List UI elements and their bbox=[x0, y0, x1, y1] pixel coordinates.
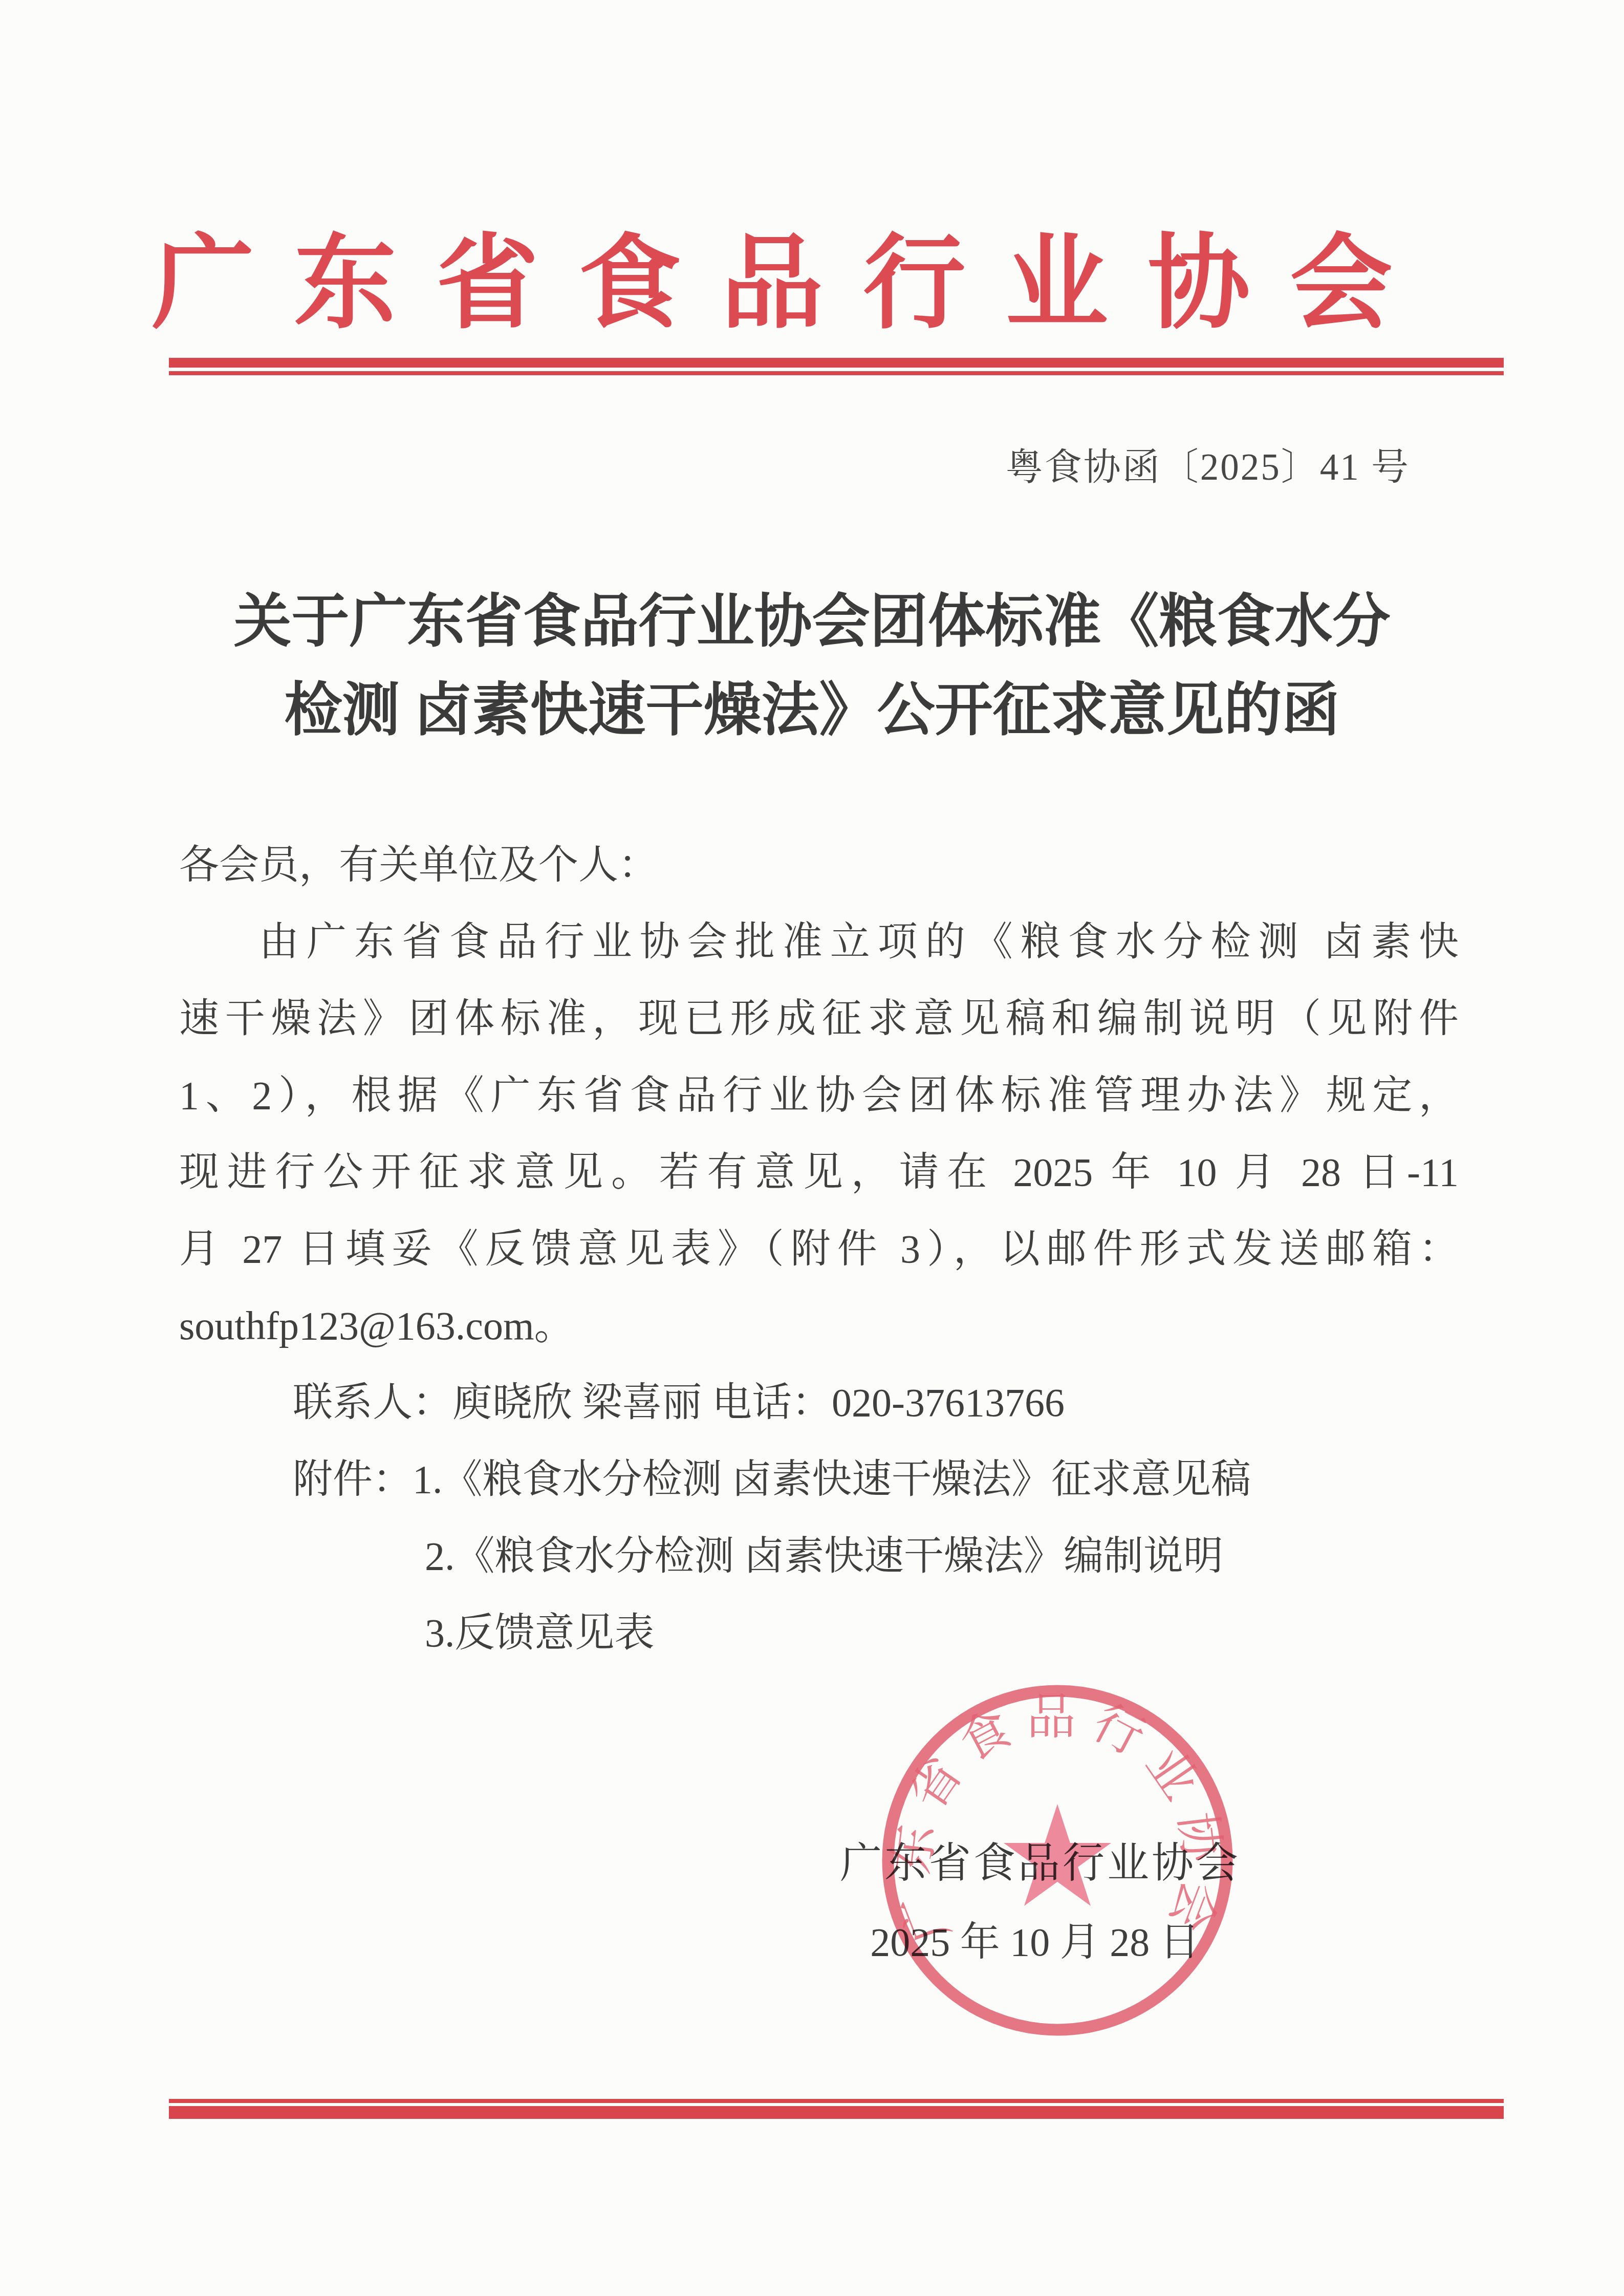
body-line: 由广东省食品行业协会批准立项的《粮食水分检测 卤素快 bbox=[179, 904, 1459, 980]
body-salutation: 各会员，有关单位及个人： bbox=[179, 827, 1459, 904]
body-line: 月 27 日填妥《反馈意见表》（附件 3），以邮件形式发送邮箱： bbox=[179, 1211, 1459, 1288]
body-email: southfp123@163.com。 bbox=[179, 1288, 1459, 1364]
title-line-2: 检测 卤素快速干燥法》公开征求意见的函 bbox=[0, 666, 1624, 755]
doc-number: 粤食协函〔2025〕41 号 bbox=[1006, 444, 1410, 490]
official-seal: 广东省食品行业协会 bbox=[881, 1683, 1240, 2042]
letterhead-rule-thick bbox=[169, 358, 1504, 368]
letterhead-rule-thin bbox=[169, 371, 1504, 375]
body-contact-line: 联系人：庾晓欣 梁喜丽 电话：020-37613766 bbox=[179, 1364, 1459, 1441]
body-line: 1、2），根据《广东省食品行业协会团体标准管理办法》规定， bbox=[179, 1057, 1459, 1134]
star-icon bbox=[1004, 1804, 1111, 1906]
attachment-line-1: 附件：1.《粮食水分检测 卤素快速干燥法》征求意见稿 bbox=[179, 1441, 1459, 1518]
document-title: 关于广东省食品行业协会团体标准《粮食水分 检测 卤素快速干燥法》公开征求意见的函 bbox=[0, 577, 1624, 755]
body-line: 速干燥法》团体标准，现已形成征求意见稿和编制说明（见附件 bbox=[179, 980, 1459, 1057]
attachment-line-3: 3.反馈意见表 bbox=[179, 1595, 1459, 1671]
letterhead-org-name: 广东省食品行业协会 bbox=[0, 229, 1624, 339]
document-page: 广东省食品行业协会 粤食协函〔2025〕41 号 关于广东省食品行业协会团体标准… bbox=[0, 0, 1624, 2296]
footer-rule-thin bbox=[169, 2099, 1504, 2103]
letter-body: 各会员，有关单位及个人： 由广东省食品行业协会批准立项的《粮食水分检测 卤素快 … bbox=[179, 827, 1459, 1671]
attachment-line-2: 2.《粮食水分检测 卤素快速干燥法》编制说明 bbox=[179, 1518, 1459, 1595]
footer-rule-thick bbox=[169, 2106, 1504, 2119]
body-line: 现进行公开征求意见。若有意见，请在 2025 年 10 月 28 日-11 bbox=[179, 1134, 1459, 1211]
title-line-1: 关于广东省食品行业协会团体标准《粮食水分 bbox=[0, 577, 1624, 666]
